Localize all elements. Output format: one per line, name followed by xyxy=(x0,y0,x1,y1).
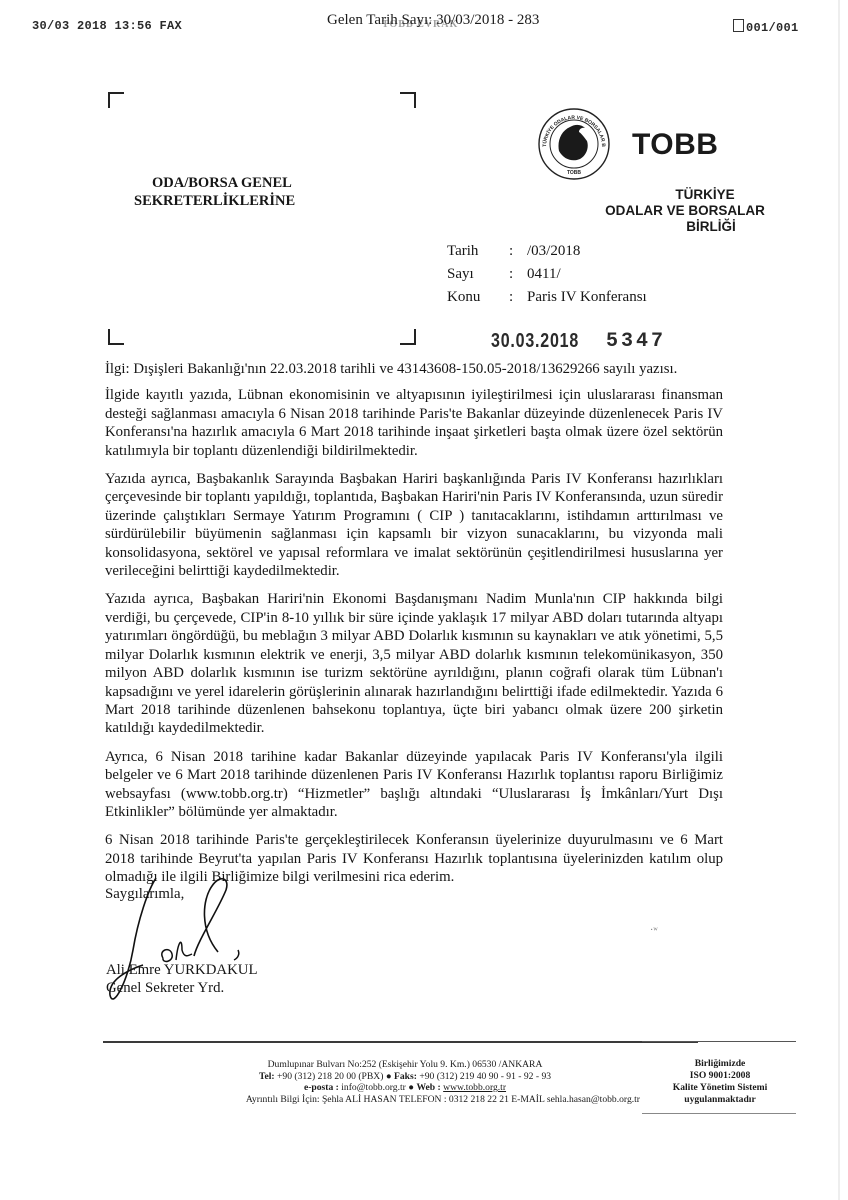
org-line-2: ODALAR VE BORSALAR xyxy=(590,203,780,219)
iso-line: uygulanmaktadır xyxy=(660,1094,780,1106)
iso-certification-note: Birliğimizde ISO 9001:2008 Kalite Yöneti… xyxy=(660,1058,780,1106)
footer-web-link[interactable]: www.tobb.org.tr xyxy=(443,1082,506,1093)
recipient-line-2: SEKRETERLİKLERİNE xyxy=(134,192,295,210)
body-paragraph: İlgide kayıtlı yazıda, Lübnan ekonomisin… xyxy=(105,386,723,460)
meta-value: Paris IV Konferansı xyxy=(527,286,647,309)
received-stamp-date: 30.03.2018 xyxy=(491,330,579,353)
signer-title: Genel Sekreter Yrd. xyxy=(106,979,258,997)
fax-page-count: 001/001 xyxy=(733,19,799,35)
footer-contact: Dumlupınar Bulvarı No:252 (Eskişehir Yol… xyxy=(170,1059,640,1105)
recipient-block: ODA/BORSA GENEL SEKRETERLİKLERİNE xyxy=(134,174,295,210)
meta-colon: : xyxy=(509,286,527,309)
body-paragraph: Ayrıca, 6 Nisan 2018 tarihine kadar Baka… xyxy=(105,748,723,822)
brand-name: TOBB xyxy=(632,128,718,162)
svg-text:TOBB: TOBB xyxy=(567,170,581,176)
meta-row-number: Sayı:0411/ xyxy=(447,263,647,286)
address-window-corner-top-left xyxy=(108,92,124,108)
reference-line: İlgi: Dışişleri Bakanlığı'nın 22.03.2018… xyxy=(105,360,723,378)
meta-label: Konu xyxy=(447,286,509,309)
recipient-line-1: ODA/BORSA GENEL xyxy=(134,174,295,192)
org-line-1: TÜRKİYE xyxy=(590,187,780,203)
body-paragraph: Yazıda ayrıca, Başbakanlık Sarayında Baş… xyxy=(105,470,723,580)
iso-line: ISO 9001:2008 xyxy=(660,1070,780,1082)
meta-colon: : xyxy=(509,240,527,263)
footer-fax: +90 (312) 219 40 90 - 91 - 92 - 93 xyxy=(419,1071,551,1082)
meta-value: /03/2018 xyxy=(527,240,580,263)
footer-address: Dumlupınar Bulvarı No:252 (Eskişehir Yol… xyxy=(170,1059,640,1071)
footer-contact-person: Ayrıntılı Bilgi İçin: Şehla ALİ HASAN TE… xyxy=(170,1094,640,1106)
bullet-icon: ● xyxy=(386,1071,392,1082)
fax-page-icon xyxy=(733,19,744,32)
meta-row-subject: Konu:Paris IV Konferansı xyxy=(447,286,647,309)
organization-name: TÜRKİYE ODALAR VE BORSALAR BİRLİĞİ xyxy=(590,187,780,235)
iso-divider xyxy=(642,1113,796,1114)
fax-timestamp: 30/03 2018 13:56 FAX xyxy=(32,19,182,33)
iso-line: Kalite Yönetim Sistemi xyxy=(660,1082,780,1094)
body-paragraph: Yazıda ayrıca, Başbakan Hariri'nin Ekono… xyxy=(105,590,723,737)
address-window-corner-top-right xyxy=(400,92,416,108)
footer-email-link[interactable]: info@tobb.org.tr xyxy=(341,1082,406,1093)
bullet-icon: ● xyxy=(408,1082,414,1093)
footer-divider-right xyxy=(642,1041,796,1042)
received-stamp-number: 5347 xyxy=(606,330,666,353)
scan-edge xyxy=(838,0,840,1200)
incoming-registry-stamp: Gelen Tarih Sayı: 30/03/2018 - 283 xyxy=(327,12,539,29)
footer-phone-fax: Tel: +90 (312) 218 20 00 (PBX) ● Faks: +… xyxy=(170,1071,640,1083)
footer-email-web: e-posta : info@tobb.org.tr ● Web : www.t… xyxy=(170,1082,640,1094)
meta-colon: : xyxy=(509,263,527,286)
address-window-corner-bottom-left xyxy=(108,329,124,345)
address-window-corner-bottom-right xyxy=(400,329,416,345)
scan-artifact: ·ʷ xyxy=(650,925,658,936)
meta-label: Tarih xyxy=(447,240,509,263)
org-line-3: BİRLİĞİ xyxy=(590,219,780,235)
meta-row-date: Tarih:/03/2018 xyxy=(447,240,647,263)
signer-name: Ali Emre YURKDAKUL xyxy=(106,961,258,979)
meta-label: Sayı xyxy=(447,263,509,286)
meta-value: 0411/ xyxy=(527,263,561,286)
signer-block: Ali Emre YURKDAKUL Genel Sekreter Yrd. xyxy=(106,961,258,997)
footer-divider xyxy=(103,1041,698,1043)
footer-phone: +90 (312) 218 20 00 (PBX) xyxy=(277,1071,383,1082)
tobb-seal-logo-icon: TOBB TÜRKİYE ODALAR VE BORSALAR BİRLİĞİ xyxy=(537,107,611,181)
iso-line: Birliğimizde xyxy=(660,1058,780,1070)
letter-body: İlgi: Dışişleri Bakanlığı'nın 22.03.2018… xyxy=(105,360,723,897)
document-meta: Tarih:/03/2018 Sayı:0411/ Konu:Paris IV … xyxy=(447,240,647,309)
